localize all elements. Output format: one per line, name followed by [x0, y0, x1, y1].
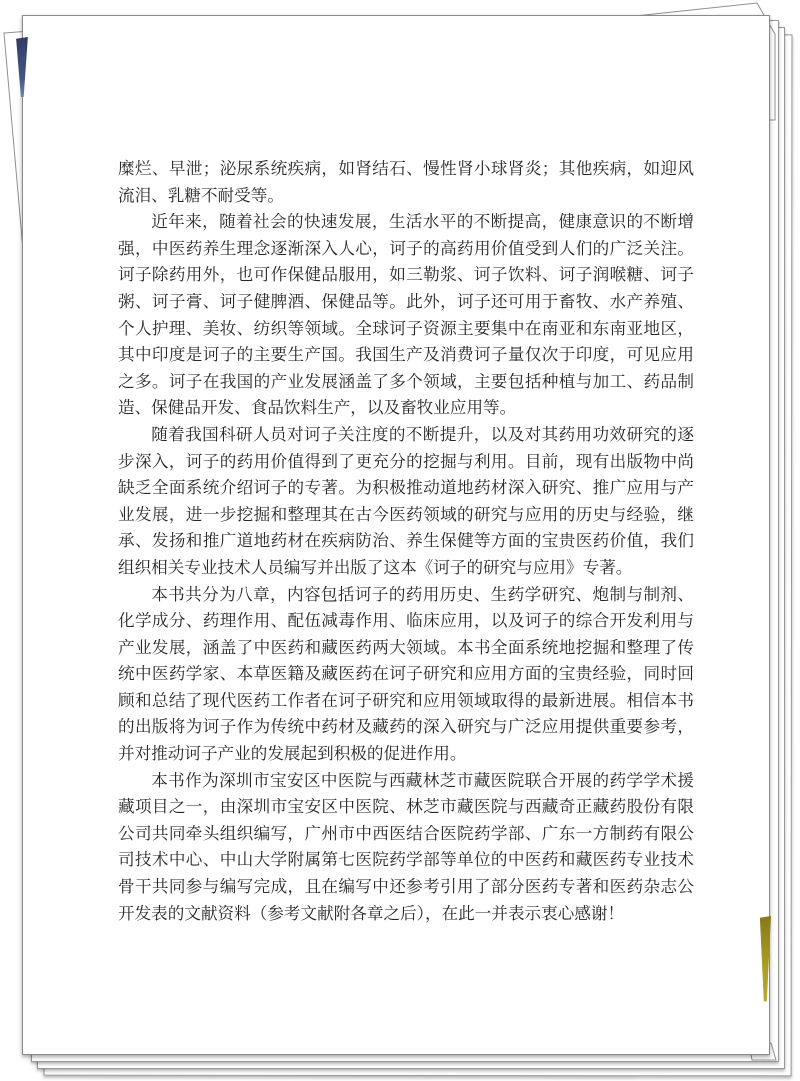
- paragraph: 随着我国科研人员对诃子关注度的不断提升，以及对其药用功效研究的逐步深入，诃子的药…: [118, 422, 694, 582]
- page-text: 糜烂、早泄；泌尿系统疾病，如肾结石、慢性肾小球肾炎；其他疾病，如迎风流泪、乳糖不…: [118, 156, 694, 927]
- book-photo: 糜烂、早泄；泌尿系统疾病，如肾结石、慢性肾小球肾炎；其他疾病，如迎风流泪、乳糖不…: [0, 0, 800, 1081]
- paragraph: 本书作为深圳市宝安区中医院与西藏林芝市藏医院联合开展的药学学术援藏项目之一，由深…: [118, 768, 694, 928]
- paragraph: 糜烂、早泄；泌尿系统疾病，如肾结石、慢性肾小球肾炎；其他疾病，如迎风流泪、乳糖不…: [118, 156, 694, 209]
- book-page: 糜烂、早泄；泌尿系统疾病，如肾结石、慢性肾小球肾炎；其他疾病，如迎风流泪、乳糖不…: [22, 15, 770, 1055]
- paragraph: 本书共分为八章，内容包括诃子的药用历史、生药学研究、炮制与制剂、化学成分、药理作…: [118, 582, 694, 768]
- paragraph: 近年来，随着社会的快速发展，生活水平的不断提高，健康意识的不断增强，中医药养生理…: [118, 209, 694, 422]
